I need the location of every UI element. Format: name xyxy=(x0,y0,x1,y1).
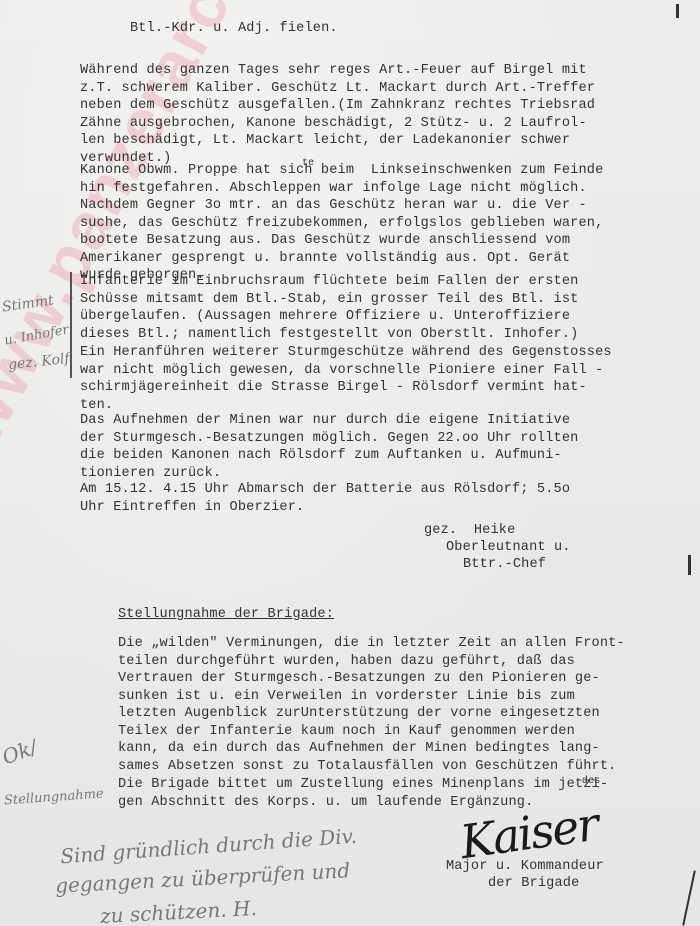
text-line: übergelaufen. (Aussagen mehrere Offizier… xyxy=(80,308,578,326)
handwritten-note: u. Inhofer xyxy=(3,322,70,348)
paragraph-4: Ein Heranführen weiterer Sturmgeschütze … xyxy=(80,344,612,414)
paragraph-1: Während des ganzen Tages sehr reges Art.… xyxy=(80,62,595,167)
text-line: neben dem Geschütz ausgefallen.(Im Zahnk… xyxy=(80,97,595,115)
text-line: sames Absetzen sonst zu Totalausfällen v… xyxy=(118,758,625,776)
text-line: bootete Besatzung aus. Das Geschütz wurd… xyxy=(80,232,603,250)
section-heading: Stellungnahme der Brigade: xyxy=(118,606,334,624)
text-line: der Sturmgesch.-Besatzungen möglich. Geg… xyxy=(80,430,578,448)
commander-title: Major u. Kommandeur xyxy=(446,858,604,876)
text-line: Teilex der Infanterie kaum noch in Kauf … xyxy=(118,723,625,741)
text-line: Vertrauen der Sturmgesch.-Besatzungen zu… xyxy=(118,670,625,688)
text-line: len beschädigt, Lt. Mackart leicht, der … xyxy=(80,132,595,150)
edge-mark xyxy=(688,555,691,575)
text-line: Kanone Obwm. Proppe hat sich beim Linkse… xyxy=(80,162,603,180)
paragraph-2: Kanone Obwm. Proppe hat sich beim Linkse… xyxy=(80,162,603,285)
text-line: Am 15.12. 4.15 Uhr Abmarsch der Batterie… xyxy=(80,481,570,499)
text-line: die beiden Kanonen nach Rölsdorf zum Auf… xyxy=(80,447,578,465)
paragraph-6: Am 15.12. 4.15 Uhr Abmarsch der Batterie… xyxy=(80,481,570,516)
paragraph-3: Infanterie im Einbruchsraum flüchtete be… xyxy=(80,273,578,343)
text-line: Schüsse mitsamt dem Btl.-Stab, ein gross… xyxy=(80,291,578,309)
text-line: Amerikaner gesprengt u. brannte vollstän… xyxy=(80,250,603,268)
text-line: schirmjägereinheit die Strasse Birgel - … xyxy=(80,379,612,397)
text-line: teilen durchgeführt wurden, haben dazu g… xyxy=(118,653,625,671)
text-line: Die Brigade bittet um Zustellung eines M… xyxy=(118,776,608,794)
handwritten-note: Stellungnahme xyxy=(4,787,105,809)
text-line: kann, da ein durch das Aufnehmen der Min… xyxy=(118,740,625,758)
signature-title: Bttr.-Chef xyxy=(463,556,546,574)
text-line: sunken ist u. ein Verweilen in vorderste… xyxy=(118,688,625,706)
text-line: Ein Heranführen weiterer Sturmgeschütze … xyxy=(80,344,612,362)
handwritten-note: Stimmt xyxy=(1,292,55,315)
text-line: Die „wilden" Verminungen, die in letzter… xyxy=(118,635,625,653)
text-line: Das Aufnehmen der Minen war nur durch di… xyxy=(80,412,578,430)
signature-gez: gez. Heike xyxy=(424,522,515,540)
text-line: Uhr Eintreffen in Oberzier. xyxy=(80,499,570,517)
opening-line: Btl.-Kdr. u. Adj. fielen. xyxy=(130,20,338,38)
text-line: Während des ganzen Tages sehr reges Art.… xyxy=(80,62,595,80)
text-line: tionieren zurück. xyxy=(80,465,578,483)
text-line: z.T. schwerem Kaliber. Geschütz Lt. Mack… xyxy=(80,80,595,98)
paragraph-5: Das Aufnehmen der Minen war nur durch di… xyxy=(80,412,578,482)
text-line: war nicht möglich gewesen, da vorschnell… xyxy=(80,362,612,380)
text-line: letzten Augenblick zurUnterstützung der … xyxy=(118,705,625,723)
brigade-paragraph-1: Die „wilden" Verminungen, die in letzter… xyxy=(118,635,625,775)
handwritten-note: gez. Kolf xyxy=(7,351,70,373)
margin-bar xyxy=(70,272,72,378)
commander-unit: der Brigade xyxy=(488,875,579,893)
text-line: suche, das Geschütz freizubekommen, erfo… xyxy=(80,215,603,233)
edge-mark xyxy=(676,4,679,18)
text-line: Infanterie im Einbruchsraum flüchtete be… xyxy=(80,273,578,291)
document-page: www.panzerarchiv.de Btl.-Kdr. u. Adj. fi… xyxy=(0,0,700,926)
text-line: hin festgefahren. Abschleppen war infolg… xyxy=(80,180,603,198)
text-line: dieses Btl.; namentlich festgestellt von… xyxy=(80,326,578,344)
handwritten-note: Ok/ xyxy=(0,735,40,770)
text-line: Zähne ausgebrochen, Kanone beschädigt, 2… xyxy=(80,115,595,133)
text-line: Nachdem Gegner 3o mtr. an das Geschütz h… xyxy=(80,197,603,215)
handwritten-note: zu schützen. H. xyxy=(99,896,257,926)
edge-mark xyxy=(682,870,696,925)
signature-rank: Oberleutnant u. xyxy=(446,539,571,557)
